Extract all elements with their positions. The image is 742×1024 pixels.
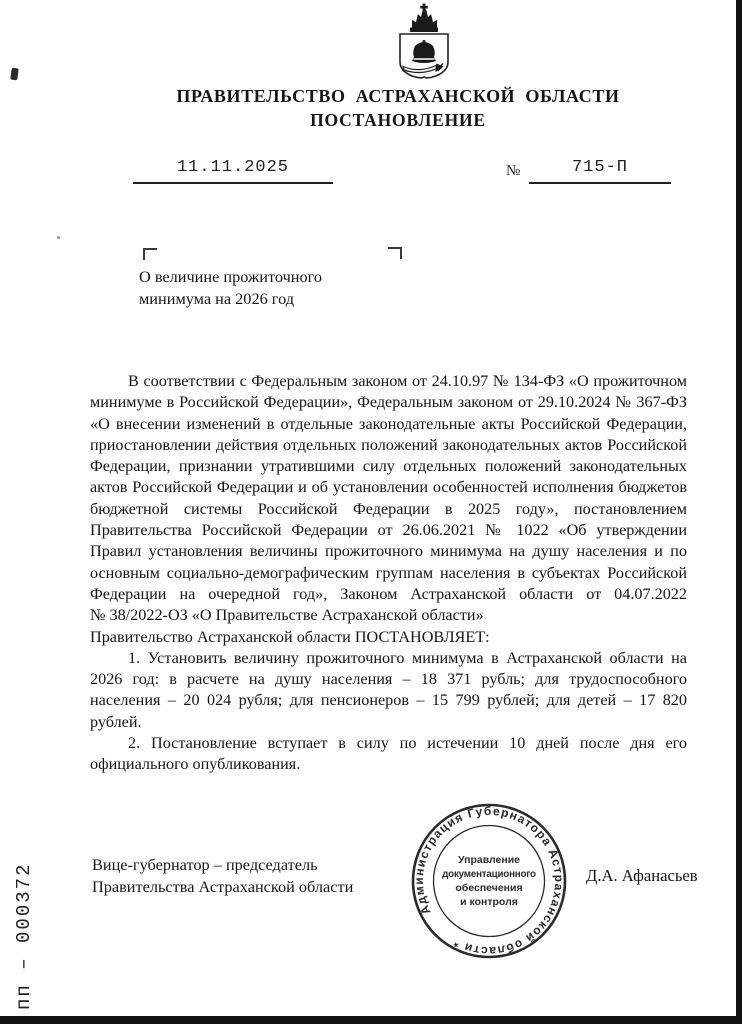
page-registration-code: пп – 000372	[13, 863, 35, 1010]
number-value: 715-П	[572, 158, 628, 177]
date-field: 11.11.2025	[133, 158, 333, 184]
corner-mark-left	[143, 248, 157, 260]
subject-line: О величине прожиточного	[139, 266, 409, 288]
signature-position-line: Правительства Астраханской области	[92, 876, 353, 898]
scan-speck	[57, 236, 60, 239]
scan-speck	[10, 68, 19, 81]
scan-edge-bottom	[0, 1016, 742, 1024]
signatory-name: Д.А. Афанасьев	[586, 866, 698, 886]
document-header: ПРАВИТЕЛЬСТВО АСТРАХАНСКОЙ ОБЛАСТИ ПОСТА…	[60, 84, 736, 132]
coat-of-arms	[390, 3, 458, 79]
signature-position: Вице-губернатор – председатель Правитель…	[92, 854, 353, 897]
crown-cross-icon	[420, 4, 428, 12]
round-stamp: Администрация Губернатора Астраханской о…	[404, 796, 574, 966]
number-sign: №	[506, 163, 520, 180]
crown-base	[410, 28, 438, 33]
document-subject: О величине прожиточного минимума на 2026…	[139, 266, 409, 309]
stamp-center-line: и контроля	[460, 896, 518, 908]
stamp-center-line: Управление	[458, 854, 520, 866]
document-type: ПОСТАНОВЛЕНИЕ	[60, 108, 736, 132]
item-1: 1. Установить величину прожиточного мини…	[90, 648, 687, 733]
item-2: 2. Постановление вступает в силу по исте…	[90, 733, 687, 776]
resolve-line: Правительство Астраханской области ПОСТА…	[90, 627, 687, 648]
subject-line: минимума на 2026 год	[139, 288, 409, 310]
number-field: 715-П	[529, 158, 671, 184]
big-crown-icon	[412, 9, 437, 28]
org-name: ПРАВИТЕЛЬСТВО АСТРАХАНСКОЙ ОБЛАСТИ	[60, 84, 736, 108]
scanned-decree-page: ПРАВИТЕЛЬСТВО АСТРАХАНСКОЙ ОБЛАСТИ ПОСТА…	[0, 0, 742, 1024]
preamble-paragraph: В соответствии с Федеральным законом от …	[90, 371, 687, 627]
date-value: 11.11.2025	[177, 158, 289, 177]
corner-mark-right	[388, 247, 402, 259]
scan-edge-right	[736, 0, 742, 1024]
stamp-center-line: документационного	[442, 869, 536, 880]
stamp-center-line: обеспечения	[455, 882, 522, 894]
document-body: В соответствии с Федеральным законом от …	[90, 371, 687, 776]
stamp-inner-ring	[434, 826, 545, 937]
signature-position-line: Вице-губернатор – председатель	[92, 854, 353, 876]
